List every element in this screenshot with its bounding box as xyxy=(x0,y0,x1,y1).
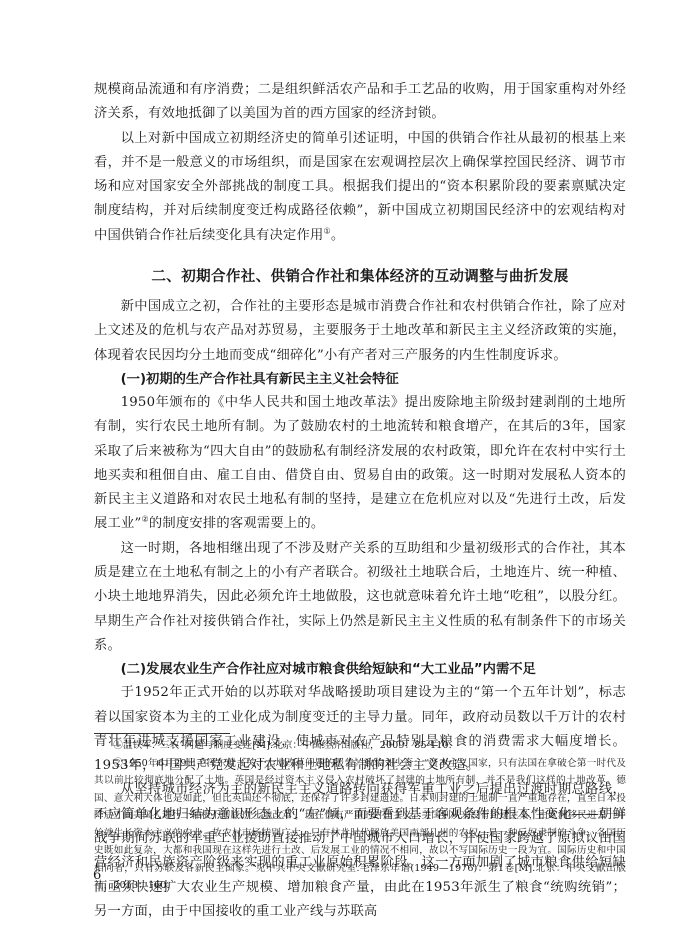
paragraph-continuation: 规模商品流通和有序消费；二是组织鲜活农产品和手工艺品的收购，用于国家重构对外经济… xyxy=(94,78,626,127)
footnote-divider xyxy=(94,733,230,734)
footnote-ref-1[interactable]: ① xyxy=(323,226,330,235)
paragraph-1950: 1950年颁布的《中华人民共和国土地改革法》提出废除地主阶级封建剥削的土地所有制… xyxy=(94,391,626,537)
footnotes: ①温铁军.“三农”问题与制度变迁[M].北京：中国经济出版社，2009：85-1… xyxy=(94,737,626,895)
footnote-2: ②1950年6月29日毛泽东就《关于土地改革问题的报告》致信刘少奇：“资本主义国… xyxy=(94,755,626,895)
paragraph-1950-end: 的制度安排的客观需要上的。 xyxy=(149,516,324,531)
paragraph-period: 这一时期，各地相继出现了不涉及财产关系的互助组和少量初级形式的合作社，其本质是建… xyxy=(94,537,626,658)
page-number: 6 xyxy=(93,868,101,883)
subsection-heading-2: (二)发展农业生产合作社应对城市粮食供给短缺和“大工业品”内需不足 xyxy=(94,658,626,681)
paragraph-summary: 以上对新中国成立初期经济史的简单引述证明，中国的供销合作社从最初的根基上来看，并… xyxy=(94,127,626,248)
paragraph-intro: 新中国成立之初，合作社的主要形态是城市消费合作社和农村供销合作社，除了应对上文述… xyxy=(94,295,626,368)
paragraph-summary-text: 以上对新中国成立初期经济史的简单引述证明，中国的供销合作社从最初的根基上来看，并… xyxy=(94,131,626,243)
subsection-heading-1: (一)初期的生产合作社具有新民主主义社会特征 xyxy=(94,368,626,391)
paragraph-summary-end: 。 xyxy=(331,228,345,243)
paragraph-1950-text: 1950年颁布的《中华人民共和国土地改革法》提出废除地主阶级封建剥削的土地所有制… xyxy=(94,395,626,531)
section-heading: 二、初期合作社、供销合作社和集体经济的互动调整与曲折发展 xyxy=(94,265,626,289)
footnote-1: ①温铁军.“三农”问题与制度变迁[M].北京：中国经济出版社，2009：85-1… xyxy=(94,737,626,755)
footnote-ref-2[interactable]: ② xyxy=(142,515,149,524)
